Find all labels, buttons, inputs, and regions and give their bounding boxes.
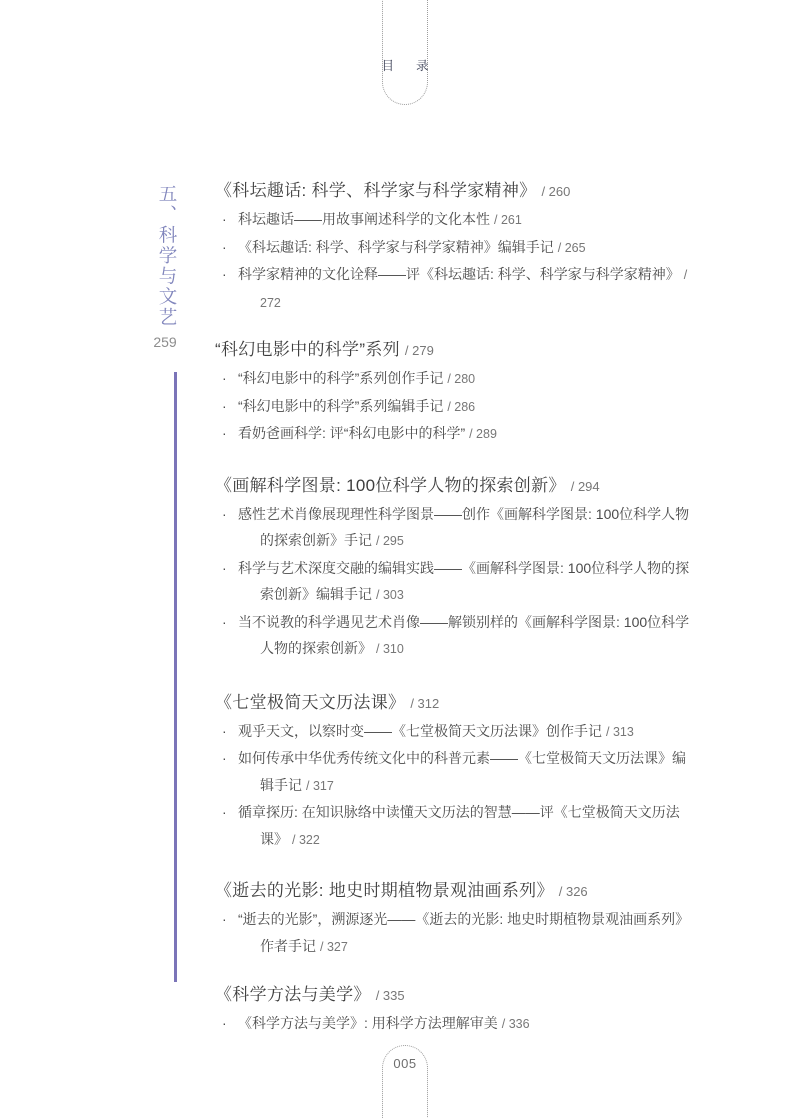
toc-item: ·如何传承中华优秀传统文化中的科普元素——《七堂极简天文历法课》编辑手记/ 31… (215, 745, 695, 799)
toc-section-title: 《画解科学图景: 100位科学人物的探索创新》/ 294 (215, 472, 695, 501)
toc-item-page: / 265 (558, 241, 586, 255)
bullet-icon: · (222, 420, 227, 447)
section-title-text: 《画解科学图景: 100位科学人物的探索创新》 (215, 476, 566, 495)
toc-item-text: 当不说教的科学遇见艺术肖像——解锁别样的《画解科学图景: 100位科学人物的探索… (238, 614, 689, 657)
section-page-number: / 294 (571, 479, 600, 494)
toc-item-text: “逝去的光影”，溯源逐光——《逝去的光影: 地史时期植物景观油画系列》作者手记 (238, 911, 689, 954)
toc-item-page: / 317 (306, 779, 334, 793)
toc-item-page: / 303 (376, 588, 404, 602)
toc-item-page: / 295 (376, 534, 404, 548)
toc-section-items: ·观乎天文，以察时变——《七堂极简天文历法课》创作手记/ 313 ·如何传承中华… (215, 718, 695, 854)
toc-item-text: 科学家精神的文化诠释——评《科坛趣话: 科学、科学家与科学家精神》 (238, 266, 680, 282)
toc-item: ·《科坛趣话: 科学、科学家与科学家精神》编辑手记/ 265 (215, 234, 695, 262)
toc-section: 《科坛趣话: 科学、科学家与科学家精神》/ 260 ·科坛趣话——用故事阐述科学… (215, 177, 695, 316)
toc-item: ·看奶爸画科学: 评“科幻电影中的科学”/ 289 (215, 420, 695, 448)
toc-header-label: 目录 (359, 56, 450, 74)
toc-item-text: “科幻电影中的科学”系列编辑手记 (238, 398, 443, 414)
toc-item-page: / 327 (320, 940, 348, 954)
bullet-icon: · (222, 393, 227, 420)
toc-section-title: 《七堂极简天文历法课》/ 312 (215, 689, 695, 718)
toc-section-title: 《科坛趣话: 科学、科学家与科学家精神》/ 260 (215, 177, 695, 206)
bullet-icon: · (222, 365, 227, 392)
bullet-icon: · (222, 718, 227, 745)
toc-section: 《逝去的光影: 地史时期植物景观油画系列》/ 326 ·“逝去的光影”，溯源逐光… (215, 877, 695, 960)
toc-section: 《画解科学图景: 100位科学人物的探索创新》/ 294 ·感性艺术肖像展现理性… (215, 472, 695, 663)
toc-item-text: 科坛趣话——用故事阐述科学的文化本性 (238, 211, 490, 227)
toc-item-text: 科学与艺术深度交融的编辑实践——《画解科学图景: 100位科学人物的探索创新》编… (238, 560, 689, 603)
toc-section: “科幻电影中的科学”系列/ 279 ·“科幻电影中的科学”系列创作手记/ 280… (215, 336, 695, 448)
section-title-text: 《科坛趣话: 科学、科学家与科学家精神》 (215, 181, 536, 200)
section-title-text: 《逝去的光影: 地史时期植物景观油画系列》 (215, 881, 554, 900)
toc-item-text: 《科坛趣话: 科学、科学家与科学家精神》编辑手记 (238, 239, 554, 255)
toc-item: ·“科幻电影中的科学”系列编辑手记/ 286 (215, 393, 695, 421)
toc-item: ·科学家精神的文化诠释——评《科坛趣话: 科学、科学家与科学家精神》/ 272 (215, 261, 695, 316)
chapter-title-vertical: 五、科学与文艺 (154, 184, 180, 328)
toc-section-items: ·《科学方法与美学》: 用科学方法理解审美/ 336 (215, 1010, 695, 1038)
toc-section: 《七堂极简天文历法课》/ 312 ·观乎天文，以察时变——《七堂极简天文历法课》… (215, 689, 695, 854)
toc-item-page: / 280 (447, 372, 475, 386)
page-number: 005 (383, 1056, 427, 1071)
toc-list: 《科坛趣话: 科学、科学家与科学家精神》/ 260 ·科坛趣话——用故事阐述科学… (215, 177, 695, 1038)
toc-item: ·科学与艺术深度交融的编辑实践——《画解科学图景: 100位科学人物的探索创新》… (215, 555, 695, 609)
toc-item-text: 感性艺术肖像展现理性科学图景——创作《画解科学图景: 100位科学人物的探索创新… (238, 506, 689, 549)
vertical-rule (174, 372, 177, 982)
toc-item: ·当不说教的科学遇见艺术肖像——解锁别样的《画解科学图景: 100位科学人物的探… (215, 609, 695, 663)
toc-item: ·观乎天文，以察时变——《七堂极简天文历法课》创作手记/ 313 (215, 718, 695, 746)
bullet-icon: · (222, 745, 227, 772)
toc-item-text: 看奶爸画科学: 评“科幻电影中的科学” (238, 425, 465, 441)
chapter-start-page: 259 (145, 334, 185, 350)
section-title-text: 《七堂极简天文历法课》 (215, 693, 405, 712)
toc-section: 《科学方法与美学》/ 335 ·《科学方法与美学》: 用科学方法理解审美/ 33… (215, 981, 695, 1038)
toc-item-text: “科幻电影中的科学”系列创作手记 (238, 370, 443, 386)
bullet-icon: · (222, 906, 227, 933)
toc-item-page: / 322 (292, 833, 320, 847)
toc-item-text: 《科学方法与美学》: 用科学方法理解审美 (238, 1015, 498, 1031)
toc-item: ·循章探历: 在知识脉络中读懂天文历法的智慧——评《七堂极简天文历法课》/ 32… (215, 799, 695, 853)
bullet-icon: · (222, 799, 227, 826)
toc-item-page: / 286 (447, 400, 475, 414)
bullet-icon: · (222, 1010, 227, 1037)
bullet-icon: · (222, 609, 227, 636)
book-toc-page: 目录 五、科学与文艺 259 《科坛趣话: 科学、科学家与科学家精神》/ 260… (0, 0, 800, 1118)
toc-section-items: ·“逝去的光影”，溯源逐光——《逝去的光影: 地史时期植物景观油画系列》作者手记… (215, 906, 695, 960)
toc-item-page: / 289 (469, 427, 497, 441)
section-page-number: / 335 (376, 988, 405, 1003)
bullet-icon: · (222, 501, 227, 528)
toc-item-page: / 336 (502, 1017, 530, 1031)
section-page-number: / 260 (541, 184, 570, 199)
section-title-text: “科幻电影中的科学”系列 (215, 340, 400, 359)
toc-item-page: / 313 (606, 725, 634, 739)
section-page-number: / 279 (405, 343, 434, 358)
toc-item-text: 观乎天文，以察时变——《七堂极简天文历法课》创作手记 (238, 723, 602, 739)
toc-item-page: / 310 (376, 642, 404, 656)
toc-item: ·《科学方法与美学》: 用科学方法理解审美/ 336 (215, 1010, 695, 1038)
page-number-tab: 005 (382, 1045, 428, 1118)
toc-section-items: ·科坛趣话——用故事阐述科学的文化本性/ 261 ·《科坛趣话: 科学、科学家与… (215, 206, 695, 316)
toc-item: ·“科幻电影中的科学”系列创作手记/ 280 (215, 365, 695, 393)
section-page-number: / 326 (559, 884, 588, 899)
toc-item: ·“逝去的光影”，溯源逐光——《逝去的光影: 地史时期植物景观油画系列》作者手记… (215, 906, 695, 960)
toc-item-page: / 261 (494, 213, 522, 227)
bullet-icon: · (222, 261, 227, 288)
toc-section-title: “科幻电影中的科学”系列/ 279 (215, 336, 695, 365)
toc-section-title: 《逝去的光影: 地史时期植物景观油画系列》/ 326 (215, 877, 695, 906)
bullet-icon: · (222, 555, 227, 582)
toc-section-items: ·感性艺术肖像展现理性科学图景——创作《画解科学图景: 100位科学人物的探索创… (215, 501, 695, 663)
toc-header-tab: 目录 (382, 0, 428, 105)
section-title-text: 《科学方法与美学》 (215, 985, 371, 1004)
toc-item: ·科坛趣话——用故事阐述科学的文化本性/ 261 (215, 206, 695, 234)
bullet-icon: · (222, 234, 227, 261)
toc-section-title: 《科学方法与美学》/ 335 (215, 981, 695, 1010)
section-page-number: / 312 (410, 696, 439, 711)
bullet-icon: · (222, 206, 227, 233)
toc-item: ·感性艺术肖像展现理性科学图景——创作《画解科学图景: 100位科学人物的探索创… (215, 501, 695, 555)
toc-section-items: ·“科幻电影中的科学”系列创作手记/ 280 ·“科幻电影中的科学”系列编辑手记… (215, 365, 695, 448)
